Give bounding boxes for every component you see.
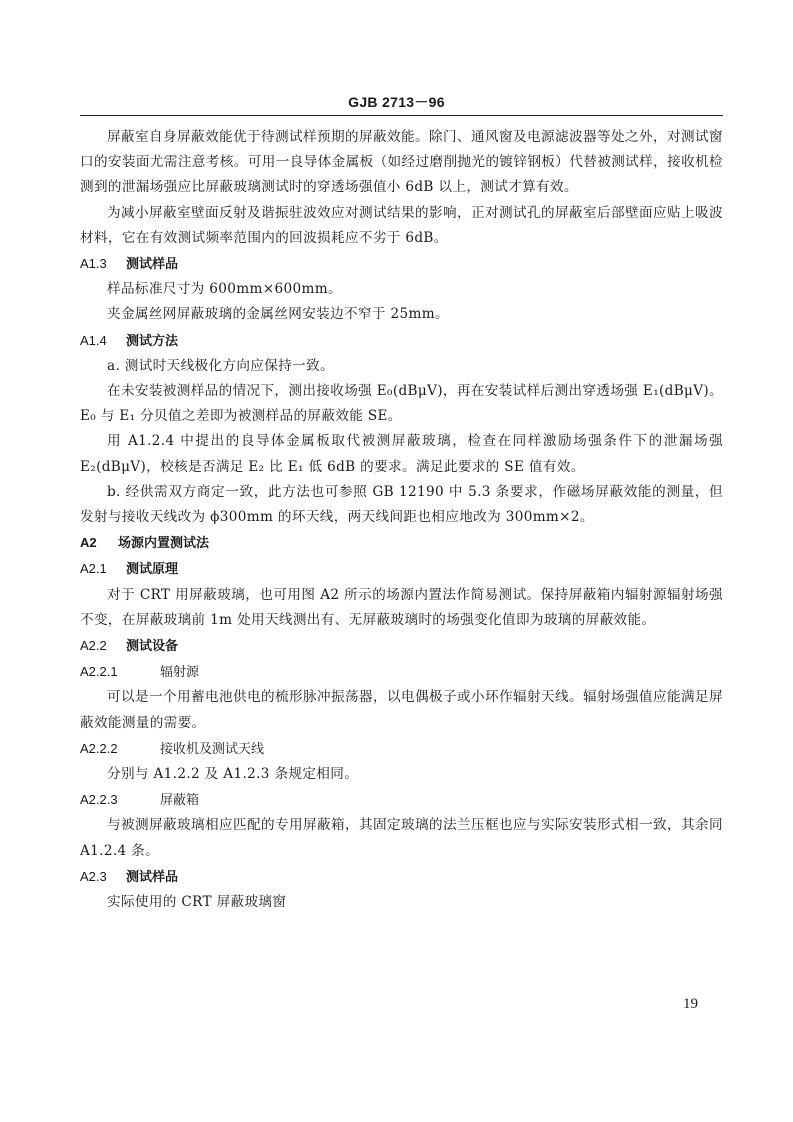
document-code-header: GJB 2713－96 xyxy=(0,92,793,112)
heading-title: 测试方法 xyxy=(126,334,178,349)
heading-number: A2.3 xyxy=(80,864,126,889)
heading-title: 测试样品 xyxy=(126,870,178,885)
heading-title: 测试设备 xyxy=(126,639,178,654)
heading-a2-2-1: A2.2.1辐射源 xyxy=(80,659,723,685)
heading-number: A1.3 xyxy=(80,251,126,276)
heading-a2-3: A2.3测试样品 xyxy=(80,864,723,890)
paragraph-mesh-edge: 夹金属丝网屏蔽玻璃的金属丝网安装边不窄于 25mm。 xyxy=(80,302,723,327)
paragraph-se-definition: 在未安装被测样品的情况下，测出接收场强 E₀(dBμV)，再在安装试样后测出穿透… xyxy=(80,379,723,429)
heading-title: 测试样品 xyxy=(126,257,178,272)
paragraph-shielding-room-requirement: 屏蔽室自身屏蔽效能优于待测试样预期的屏蔽效能。除门、通风窗及电源滤波器等处之外，… xyxy=(80,125,723,201)
heading-a1-3: A1.3测试样品 xyxy=(80,251,723,277)
heading-a1-4: A1.4测试方法 xyxy=(80,328,723,354)
heading-a2-2: A2.2测试设备 xyxy=(80,633,723,659)
heading-number: A2.2.2 xyxy=(80,736,160,761)
paragraph-receiver: 分别与 A1.2.2 及 A1.2.3 条规定相同。 xyxy=(80,762,723,787)
paragraph-shield-box: 与被测屏蔽玻璃相应匹配的专用屏蔽箱，其固定玻璃的法兰压框也应与实际安装形式相一致… xyxy=(80,813,723,863)
heading-number: A2.2 xyxy=(80,633,126,658)
heading-a2-2-3: A2.2.3屏蔽箱 xyxy=(80,787,723,813)
heading-number: A2.2.1 xyxy=(80,659,160,684)
heading-title: 屏蔽箱 xyxy=(160,793,199,808)
heading-title: 辐射源 xyxy=(160,665,199,680)
heading-a2-1: A2.1测试原理 xyxy=(80,556,723,582)
page-body: 屏蔽室自身屏蔽效能优于待测试样预期的屏蔽效能。除门、通风窗及电源滤波器等处之外，… xyxy=(80,125,723,915)
heading-title: 测试原理 xyxy=(126,562,178,577)
paragraph-method-b: b. 经供需双方商定一致，此方法也可参照 GB 12190 中 5.3 条要求，… xyxy=(80,480,723,530)
paragraph-leakage-check: 用 A1.2.4 中提出的良导体金属板取代被测屏蔽玻璃，检查在同样激励场强条件下… xyxy=(80,429,723,479)
paragraph-crt-sample: 实际使用的 CRT 屏蔽玻璃窗 xyxy=(80,890,723,915)
heading-a2-2-2: A2.2.2接收机及测试天线 xyxy=(80,736,723,762)
paragraph-method-a: a. 测试时天线极化方向应保持一致。 xyxy=(80,354,723,379)
heading-number: A1.4 xyxy=(80,328,126,353)
paragraph-test-principle: 对于 CRT 用屏蔽玻璃，也可用图 A2 所示的场源内置法作简易测试。保持屏蔽箱… xyxy=(80,583,723,633)
page-number: 19 xyxy=(683,996,698,1013)
header-divider xyxy=(80,115,723,116)
heading-a2: A2场源内置测试法 xyxy=(80,530,723,556)
heading-title: 场源内置测试法 xyxy=(118,536,209,551)
paragraph-absorber-material: 为减小屏蔽室壁面反射及谐振驻波效应对测试结果的影响，正对测试孔的屏蔽室后部壁面应… xyxy=(80,201,723,251)
heading-title: 接收机及测试天线 xyxy=(160,742,264,757)
paragraph-radiation-source: 可以是一个用蓄电池供电的梳形脉冲振荡器，以电偶极子或小环作辐射天线。辐射场强值应… xyxy=(80,685,723,735)
heading-number: A2 xyxy=(80,530,118,555)
paragraph-sample-size: 样品标准尺寸为 600mm×600mm。 xyxy=(80,277,723,302)
heading-number: A2.1 xyxy=(80,556,126,581)
heading-number: A2.2.3 xyxy=(80,787,160,812)
